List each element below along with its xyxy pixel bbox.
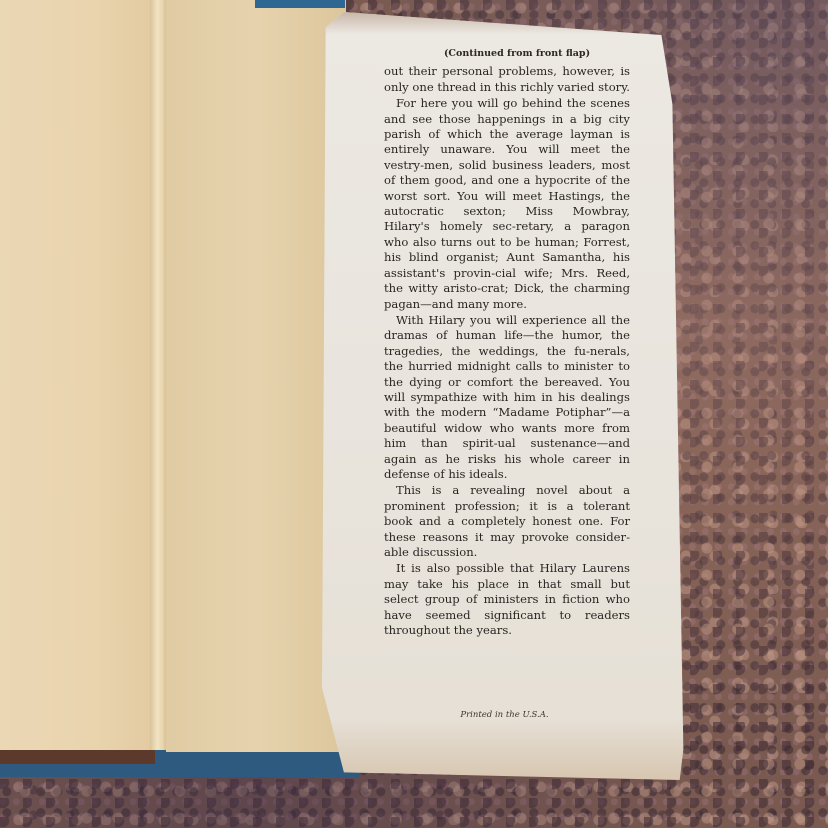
book-board-edge <box>0 748 155 764</box>
flap-text-block: (Continued from front flap) out their pe… <box>384 46 630 639</box>
book-cover-top-edge <box>255 0 345 8</box>
flap-paragraph: out their personal problems, however, is… <box>384 64 630 95</box>
flap-paragraph: For here you will go behind the scenes a… <box>384 96 630 312</box>
right-endpaper <box>166 0 346 752</box>
photo-scene: (Continued from front flap) out their pe… <box>0 0 828 828</box>
dust-jacket-flap: (Continued from front flap) out their pe… <box>322 12 687 780</box>
flap-paragraph: This is a revealing novel about a promin… <box>384 483 630 560</box>
left-endpaper <box>0 0 158 750</box>
flap-heading: (Continued from front flap) <box>384 46 630 61</box>
printed-in-usa-imprint: Printed in the U.S.A. <box>322 710 687 720</box>
flap-paragraph: It is also possible that Hilary Laurens … <box>384 561 630 638</box>
flap-paragraph: With Hilary you will experience all the … <box>384 313 630 482</box>
